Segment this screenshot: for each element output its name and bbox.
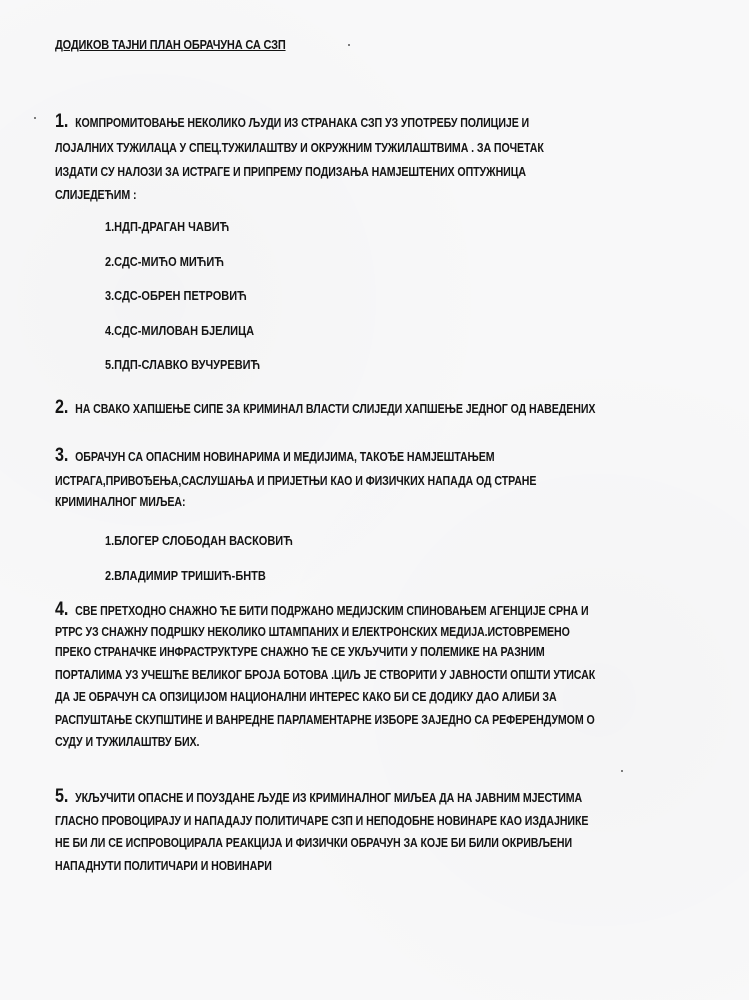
section-3: 3.ОБРАЧУН СА ОПАСНИМ НОВИНАРИМА И МЕДИЈИ…: [55, 446, 701, 513]
scan-speck: [621, 770, 623, 772]
list-item: 4.СДС-МИЛОВАН БЈЕЛИЦА: [105, 321, 260, 356]
section-4: 4.СВЕ ПРЕТХОДНО СНАЖНО ЋЕ БИТИ ПОДРЖАНО …: [55, 600, 701, 753]
section-1-line-4: СЛИЈЕДЕЋИМ :: [55, 185, 701, 206]
list-item: 2.СДС-МИЋО МИЋИЋ: [105, 252, 260, 287]
section-1-line-2: ЛОЈАЛНИХ ТУЖИЛАЦА У СПЕЦ.ТУЖИЛАШТВУ И ОК…: [55, 138, 701, 159]
list-item: 3.СДС-ОБРЕН ПЕТРОВИЋ: [105, 286, 260, 321]
section-number: 1.: [55, 111, 68, 132]
section-3-line-3: КРИМИНАЛНОГ МИЉЕА:: [55, 492, 701, 513]
scan-speck: [34, 117, 36, 119]
section-5-line-4: НАПАДНУТИ ПОЛИТИЧАРИ И НОВИНАРИ: [55, 856, 701, 877]
section-number: 3.: [55, 445, 68, 466]
section-5-line-2: ГЛАСНО ПРОВОЦИРАЈУ И НАПАДАЈУ ПОЛИТИЧАРЕ…: [55, 811, 701, 832]
scanned-document-page: ДОДИКОВ ТАЈНИ ПЛАН ОБРАЧУНА СА СЗП 1.КОМ…: [0, 0, 749, 1000]
section-2: 2.НА СВАКО ХАПШЕЊЕ СИПЕ ЗА КРИМИНАЛ ВЛАС…: [55, 398, 701, 420]
section-5-line-3: НЕ БИ ЛИ СЕ ИСПРОВОЦИРАЛА РЕАКЦИЈА И ФИЗ…: [55, 833, 701, 854]
section-1-line-1: 1.КОМПРОМИТОВАЊЕ НЕКОЛИКО ЉУДИ ИЗ СТРАНА…: [55, 112, 701, 134]
list-item: 5.ПДП-СЛАВКО ВУЧУРЕВИЋ: [105, 355, 260, 390]
section-1: 1.КОМПРОМИТОВАЊЕ НЕКОЛИКО ЉУДИ ИЗ СТРАНА…: [55, 112, 701, 205]
section-5-line-1: 5.УКЉУЧИТИ ОПАСНЕ И ПОУЗДАНЕ ЉУДЕ ИЗ КРИ…: [55, 787, 701, 809]
section-1-list: 1.НДП-ДРАГАН ЧАВИЋ 2.СДС-МИЋО МИЋИЋ 3.СД…: [105, 217, 260, 390]
section-5: 5.УКЉУЧИТИ ОПАСНЕ И ПОУЗДАНЕ ЉУДЕ ИЗ КРИ…: [55, 787, 701, 876]
scan-speck: [348, 44, 350, 46]
section-2-line-1: 2.НА СВАКО ХАПШЕЊЕ СИПЕ ЗА КРИМИНАЛ ВЛАС…: [55, 398, 701, 420]
section-4-line-4: ПОРТАЛИМА УЗ УЧЕШЋЕ ВЕЛИКОГ БРОЈА БОТОВА…: [55, 665, 701, 686]
section-number: 2.: [55, 397, 68, 418]
section-1-line-3: ИЗДАТИ СУ НАЛОЗИ ЗА ИСТРАГЕ И ПРИПРЕМУ П…: [55, 162, 701, 183]
list-item: 1.БЛОГЕР СЛОБОДАН ВАСКОВИЋ: [105, 531, 293, 566]
section-number: 5.: [55, 786, 68, 807]
section-4-line-2: РТРС УЗ СНАЖНУ ПОДРШКУ НЕКОЛИКО ШТАМПАНИ…: [55, 622, 701, 643]
section-3-line-2: ИСТРАГА,ПРИВОЂЕЊА,САСЛУШАЊА И ПРИЈЕТЊИ К…: [55, 471, 701, 492]
list-item: 1.НДП-ДРАГАН ЧАВИЋ: [105, 217, 260, 252]
section-4-line-1: 4.СВЕ ПРЕТХОДНО СНАЖНО ЋЕ БИТИ ПОДРЖАНО …: [55, 600, 701, 622]
document-title: ДОДИКОВ ТАЈНИ ПЛАН ОБРАЧУНА СА СЗП: [55, 38, 286, 52]
section-4-line-6: РАСПУШТАЊЕ СКУПШТИНЕ И ВАНРЕДНЕ ПАРЛАМЕН…: [55, 710, 701, 731]
section-number: 4.: [55, 599, 68, 620]
section-4-line-5: ДА ЈЕ ОБРАЧУН СА ОПЗИЦИЈОМ НАЦИОНАЛНИ ИН…: [55, 687, 701, 708]
section-4-line-3: ПРЕКО СТРАНАЧКЕ ИНФРАСТРУКТУРЕ СНАЖНО ЋЕ…: [55, 642, 701, 663]
section-3-line-1: 3.ОБРАЧУН СА ОПАСНИМ НОВИНАРИМА И МЕДИЈИ…: [55, 446, 701, 468]
list-item: 2.ВЛАДИМИР ТРИШИЋ-БНТВ: [105, 566, 293, 601]
section-4-line-7: СУДУ И ТУЖИЛАШТВУ БИХ.: [55, 732, 701, 753]
section-3-list: 1.БЛОГЕР СЛОБОДАН ВАСКОВИЋ 2.ВЛАДИМИР ТР…: [105, 531, 293, 600]
